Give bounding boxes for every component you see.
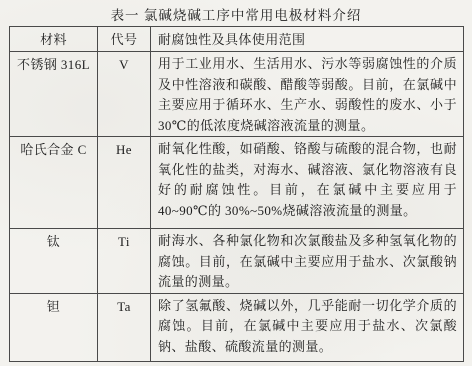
table-row: 钛 Ti 耐海水、各种氯化物和次氯酸盐及多种氢氧化物的腐蚀。目前，在氯碱中主要应… [10,229,464,294]
material-code: Ta [98,293,151,361]
material-name: 钽 [10,293,98,361]
material-code: He [98,137,151,229]
table-row: 钽 Ta 除了氢氟酸、烧碱以外，几乎能耐一切化学介质的腐蚀。目前，在氯碱中主要应… [10,293,464,361]
table-row: 哈氏合金 C He 耐氧化性酸，如硝酸、铬酸与硫酸的混合物，也耐氧化性的盐类，对… [10,137,464,229]
material-name: 哈氏合金 C [10,137,98,229]
material-description: 耐氧化性酸，如硝酸、铬酸与硫酸的混合物，也耐氧化性的盐类，对海水、碱溶液、氯化物… [151,137,464,229]
material-description: 除了氢氟酸、烧碱以外，几乎能耐一切化学介质的腐蚀。目前，在氯碱中主要应用于盐水、… [151,293,464,361]
header-cell-description: 耐腐蚀性及具体使用范围 [151,27,464,52]
header-cell-code: 代号 [98,27,151,52]
material-description: 用于工业用水、生活用水、污水等弱腐蚀性的介质及中性溶液和碳酸、醋酸等弱酸。目前，… [151,52,464,137]
material-code: V [98,52,151,137]
material-description: 耐海水、各种氯化物和次氯酸盐及多种氢氧化物的腐蚀。目前，在氯碱中主要应用于盐水、… [151,229,464,294]
material-code: Ti [98,229,151,294]
electrode-materials-table: 材料 代号 耐腐蚀性及具体使用范围 不锈钢 316L V 用于工业用水、生活用水… [9,26,464,362]
material-name: 不锈钢 316L [10,52,98,137]
header-cell-material: 材料 [10,27,98,52]
page-title: 表一 氯碱烧碱工序中常用电极材料介绍 [0,4,472,24]
table-header-row: 材料 代号 耐腐蚀性及具体使用范围 [10,27,464,52]
table-row: 不锈钢 316L V 用于工业用水、生活用水、污水等弱腐蚀性的介质及中性溶液和碳… [10,52,464,137]
material-name: 钛 [10,229,98,294]
